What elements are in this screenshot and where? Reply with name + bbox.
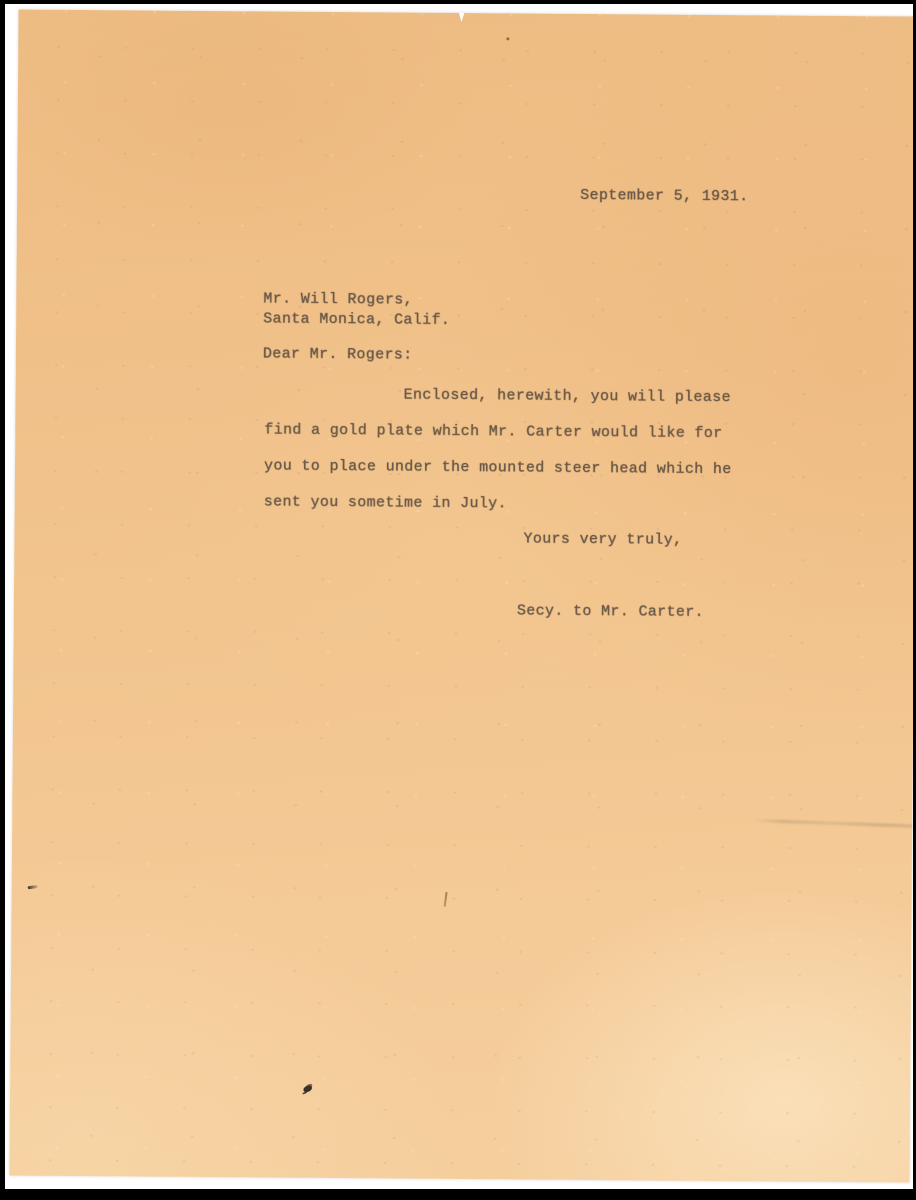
body-line-4: sent you sometime in July.	[264, 493, 507, 512]
paper-top-notch	[459, 12, 465, 22]
letter-paper: September 5, 1931. Mr. Will Rogers, Sant…	[9, 9, 916, 1182]
letter-date: September 5, 1931.	[580, 187, 748, 205]
ink-speck	[302, 1085, 312, 1093]
left-edge-mark	[28, 885, 38, 889]
dust-speck	[506, 37, 509, 40]
salutation: Dear Mr. Rogers:	[263, 345, 413, 363]
body-line-3: you to place under the mounted steer hea…	[264, 457, 732, 478]
body-line-1: Enclosed, herewith, you will please	[265, 385, 731, 406]
body-line-2: find a gold plate which Mr. Carter would…	[264, 421, 722, 442]
recipient-address: Santa Monica, Calif.	[263, 310, 450, 328]
scratch-mark	[444, 892, 448, 907]
complimentary-closing: Yours very truly,	[523, 530, 682, 548]
scanned-letter-page: September 5, 1931. Mr. Will Rogers, Sant…	[0, 0, 916, 1200]
signature-line: Secy. to Mr. Carter.	[517, 602, 704, 620]
crease-line	[752, 819, 916, 828]
paper-grain-texture	[9, 9, 916, 1182]
recipient-name: Mr. Will Rogers,	[263, 290, 413, 308]
